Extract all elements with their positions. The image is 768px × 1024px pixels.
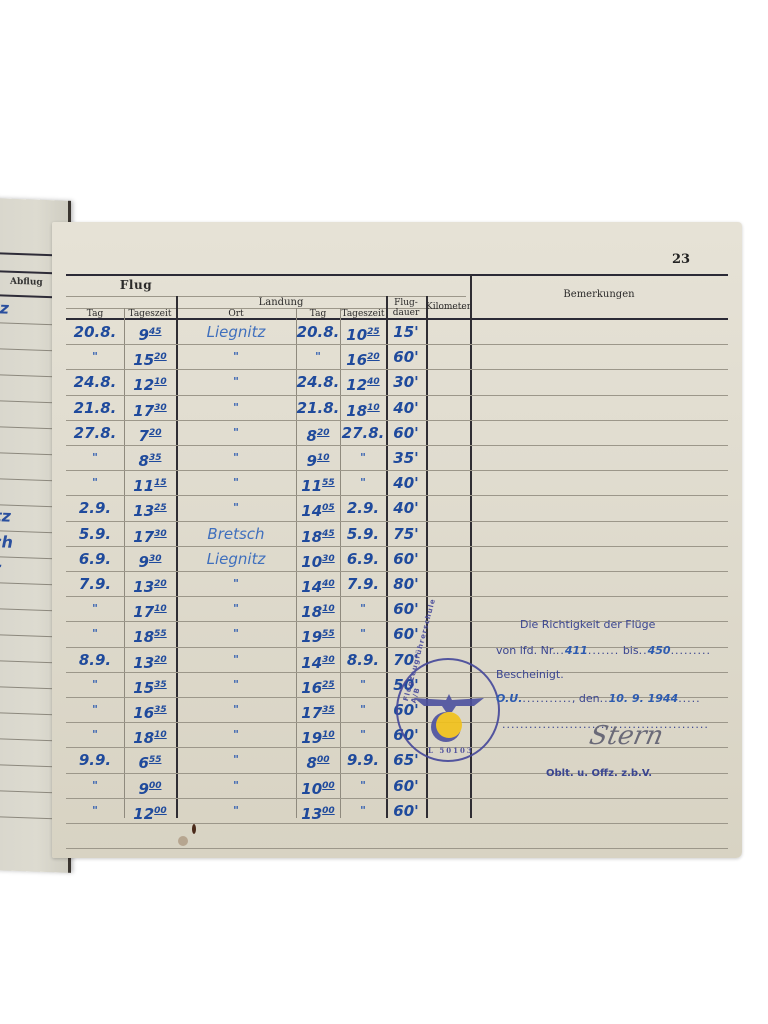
cell-zeit: 835 — [124, 446, 176, 470]
cell-dauer: 60' — [386, 547, 426, 571]
header-tageszeit: Tageszeit — [124, 309, 176, 319]
time-hour: 9 — [139, 780, 149, 798]
cell-ort: " — [176, 446, 296, 470]
bis-value: 450 — [648, 644, 671, 657]
von-value: 411 — [565, 644, 588, 657]
cell-tag: 7.9. — [66, 572, 124, 596]
cell-dauer: 60' — [386, 597, 426, 621]
cell-l-zeit: 1810 — [340, 396, 386, 420]
cell-ort: " — [176, 723, 296, 747]
cell-l-tag: 820 — [296, 421, 340, 445]
cell-tag: 8.9. — [66, 648, 124, 672]
time-minute: 20 — [154, 655, 167, 665]
cell-zeit: 1520 — [124, 345, 176, 369]
row-rule — [66, 848, 728, 849]
cell-tag: " — [66, 799, 124, 823]
cell-l-tag: 800 — [296, 748, 340, 772]
cell-tag: " — [66, 471, 124, 495]
cell-ort: " — [176, 370, 296, 394]
von-label: von lfd. Nr. — [496, 644, 556, 657]
cell-l-tag: " — [296, 345, 340, 369]
time-hour: 8 — [307, 427, 317, 445]
time-hour: 8 — [307, 754, 317, 772]
cell-l-tag: 21.8. — [296, 396, 340, 420]
cell-zeit: 930 — [124, 547, 176, 571]
cell-l-tag: 1030 — [296, 547, 340, 571]
time-hour: 7 — [139, 427, 149, 445]
cell-zeit: 1855 — [124, 622, 176, 646]
cell-tag: " — [66, 698, 124, 722]
cell-l-zeit: " — [340, 597, 386, 621]
cell-l-zeit: " — [340, 774, 386, 798]
time-hour: 9 — [139, 553, 149, 571]
cell-dauer: 15' — [386, 320, 426, 344]
bis-label: bis — [623, 644, 639, 657]
time-hour: 8 — [139, 452, 149, 470]
time-hour: 18 — [346, 402, 367, 420]
time-minute: 40 — [367, 377, 380, 387]
time-minute: 45 — [149, 327, 162, 337]
time-minute: 25 — [322, 680, 335, 690]
cell-l-zeit: " — [340, 471, 386, 495]
cert-bescheinigt: Bescheinigt. — [496, 668, 564, 681]
time-hour: 13 — [301, 805, 322, 823]
time-minute: 10 — [154, 604, 167, 614]
header-flugdauer: Flug- dauer — [386, 298, 426, 318]
time-minute: 10 — [322, 604, 335, 614]
logbook-page: 23 Flug Landung Tag Tageszeit Ort Tag Ta… — [52, 222, 742, 858]
cell-tag: 21.8. — [66, 396, 124, 420]
cell-tag: " — [66, 774, 124, 798]
header-landung: Landung — [176, 298, 386, 308]
time-hour: 17 — [133, 603, 154, 621]
cell-zeit: 1730 — [124, 396, 176, 420]
cell-l-zeit: " — [340, 723, 386, 747]
page-number: 23 — [672, 252, 690, 267]
cell-zeit: 945 — [124, 320, 176, 344]
cell-zeit: 720 — [124, 421, 176, 445]
cell-ort: " — [176, 572, 296, 596]
left-entry: tz — [0, 298, 9, 318]
cell-tag: 5.9. — [66, 522, 124, 546]
time-hour: 6 — [139, 754, 149, 772]
time-hour: 19 — [301, 628, 322, 646]
time-minute: 10 — [367, 403, 380, 413]
time-hour: 18 — [133, 729, 154, 747]
cell-tag: 9.9. — [66, 748, 124, 772]
cell-l-zeit: 1025 — [340, 320, 386, 344]
den-label: , den — [572, 692, 600, 705]
time-minute: 00 — [149, 781, 162, 791]
left-entry: ch — [0, 532, 13, 552]
cell-dauer: 40' — [386, 496, 426, 520]
time-minute: 55 — [322, 629, 335, 639]
time-hour: 15 — [133, 351, 154, 369]
time-hour: 13 — [133, 654, 154, 672]
time-hour: 10 — [301, 780, 322, 798]
header-top-rule — [66, 274, 728, 276]
cell-zeit: 1320 — [124, 648, 176, 672]
cell-tag: " — [66, 597, 124, 621]
time-minute: 35 — [154, 705, 167, 715]
header-bemerkungen: Bemerkungen — [470, 290, 728, 300]
time-hour: 13 — [133, 502, 154, 520]
cell-l-zeit: 5.9. — [340, 522, 386, 546]
cell-tag: " — [66, 723, 124, 747]
time-hour: 15 — [133, 679, 154, 697]
cell-zeit: 1810 — [124, 723, 176, 747]
left-entry: tz — [0, 506, 11, 526]
cell-ort: " — [176, 673, 296, 697]
cell-l-zeit: 1620 — [340, 345, 386, 369]
left-entry: z — [0, 558, 1, 577]
cell-dauer: 75' — [386, 522, 426, 546]
cell-ort: " — [176, 774, 296, 798]
cell-zeit: 1635 — [124, 698, 176, 722]
time-minute: 20 — [317, 428, 330, 438]
header-tag: Tag — [66, 309, 124, 319]
cell-l-tag: 1155 — [296, 471, 340, 495]
cell-l-zeit: 2.9. — [340, 496, 386, 520]
time-minute: 00 — [322, 806, 335, 816]
cell-dauer: 60' — [386, 345, 426, 369]
cell-zeit: 1730 — [124, 522, 176, 546]
time-hour: 18 — [301, 528, 322, 546]
time-minute: 20 — [367, 352, 380, 362]
time-hour: 18 — [133, 628, 154, 646]
time-minute: 25 — [367, 327, 380, 337]
cell-l-zeit: 7.9. — [340, 572, 386, 596]
cell-ort: " — [176, 471, 296, 495]
cell-l-zeit: 8.9. — [340, 648, 386, 672]
cell-dauer: 60' — [386, 799, 426, 823]
time-hour: 17 — [133, 528, 154, 546]
cell-ort: " — [176, 421, 296, 445]
header-flug: Flug — [66, 280, 206, 290]
time-minute: 30 — [154, 529, 167, 539]
place-value: O.U. — [496, 692, 522, 705]
time-hour: 14 — [301, 578, 322, 596]
cell-l-tag: 24.8. — [296, 370, 340, 394]
cell-l-zeit: 9.9. — [340, 748, 386, 772]
time-minute: 40 — [322, 579, 335, 589]
cert-heading: Die Richtigkeit der Flüge — [520, 618, 655, 631]
cell-zeit: 1325 — [124, 496, 176, 520]
time-hour: 10 — [346, 326, 367, 344]
cell-ort: Liegnitz — [176, 547, 296, 571]
signature: Stern — [587, 721, 666, 751]
cell-l-tag: 1300 — [296, 799, 340, 823]
left-header-abflug: Abflug — [10, 277, 43, 288]
time-minute: 55 — [154, 629, 167, 639]
cell-dauer: 40' — [386, 471, 426, 495]
cell-l-zeit: 6.9. — [340, 547, 386, 571]
cell-tag: 24.8. — [66, 370, 124, 394]
cell-tag: " — [66, 446, 124, 470]
cell-l-tag: 20.8. — [296, 320, 340, 344]
time-hour: 13 — [133, 578, 154, 596]
time-minute: 20 — [154, 352, 167, 362]
cell-ort: " — [176, 698, 296, 722]
cell-tag: " — [66, 673, 124, 697]
time-minute: 00 — [154, 806, 167, 816]
cell-l-zeit: " — [340, 622, 386, 646]
time-minute: 20 — [149, 428, 162, 438]
time-hour: 16 — [133, 704, 154, 722]
cert-place-date: O.U............, den..10. 9. 1944..... — [496, 692, 701, 705]
cell-tag: " — [66, 345, 124, 369]
time-hour: 17 — [301, 704, 322, 722]
time-minute: 30 — [149, 554, 162, 564]
cell-l-tag: 1430 — [296, 648, 340, 672]
cell-zeit: 1535 — [124, 673, 176, 697]
stain — [178, 836, 188, 846]
cell-zeit: 1200 — [124, 799, 176, 823]
cell-l-zeit: " — [340, 446, 386, 470]
time-hour: 16 — [301, 679, 322, 697]
time-minute: 55 — [149, 755, 162, 765]
header-landung-tag: Tag — [296, 309, 340, 319]
time-hour: 14 — [301, 654, 322, 672]
cell-l-tag: 1810 — [296, 597, 340, 621]
time-hour: 12 — [133, 376, 154, 394]
eagle-icon — [412, 692, 486, 714]
time-hour: 14 — [301, 502, 322, 520]
cell-zeit: 655 — [124, 748, 176, 772]
time-minute: 10 — [154, 377, 167, 387]
ink-blot — [192, 824, 196, 834]
cell-tag: 20.8. — [66, 320, 124, 344]
cell-l-tag: 1910 — [296, 723, 340, 747]
cell-dauer: 35' — [386, 446, 426, 470]
time-hour: 18 — [301, 603, 322, 621]
cell-zeit: 1115 — [124, 471, 176, 495]
cell-ort: Bretsch — [176, 522, 296, 546]
signer-rank: Oblt. u. Offz. z.b.V. — [546, 768, 652, 779]
cell-ort: " — [176, 496, 296, 520]
cell-tag: 6.9. — [66, 547, 124, 571]
stamp-center-emblem — [436, 712, 462, 738]
cell-dauer: 60' — [386, 774, 426, 798]
certification-block: Die Richtigkeit der Flüge von lfd. Nr...… — [494, 618, 734, 818]
cell-dauer: 40' — [386, 396, 426, 420]
cell-ort: " — [176, 396, 296, 420]
cell-zeit: 1710 — [124, 597, 176, 621]
cell-l-tag: 1845 — [296, 522, 340, 546]
time-minute: 00 — [322, 781, 335, 791]
time-hour: 9 — [307, 452, 317, 470]
cell-zeit: 1210 — [124, 370, 176, 394]
cell-zeit: 1320 — [124, 572, 176, 596]
cell-dauer: 60' — [386, 421, 426, 445]
cell-ort: " — [176, 597, 296, 621]
cell-ort: " — [176, 345, 296, 369]
row-rule — [66, 823, 728, 824]
time-hour: 12 — [133, 805, 154, 823]
time-hour: 9 — [139, 326, 149, 344]
time-minute: 35 — [154, 680, 167, 690]
cell-ort: " — [176, 748, 296, 772]
cell-l-zeit: " — [340, 698, 386, 722]
header-ort: Ort — [176, 309, 296, 319]
cell-l-zeit: " — [340, 673, 386, 697]
time-minute: 20 — [154, 579, 167, 589]
date-value: 10. 9. 1944 — [609, 692, 679, 705]
cell-ort: " — [176, 648, 296, 672]
cell-l-tag: 1955 — [296, 622, 340, 646]
time-hour: 16 — [346, 351, 367, 369]
time-minute: 30 — [154, 403, 167, 413]
time-minute: 35 — [149, 453, 162, 463]
time-minute: 00 — [317, 755, 330, 765]
time-hour: 12 — [346, 376, 367, 394]
cell-dauer: 80' — [386, 572, 426, 596]
time-hour: 17 — [133, 402, 154, 420]
time-minute: 15 — [154, 478, 167, 488]
cell-l-tag: 1625 — [296, 673, 340, 697]
time-hour: 11 — [133, 477, 154, 495]
cert-range: von lfd. Nr...411....... bis..450.......… — [496, 644, 711, 657]
time-minute: 45 — [322, 529, 335, 539]
time-minute: 30 — [322, 655, 335, 665]
header-kilometer: Kilometer — [426, 302, 470, 312]
cell-dauer: 30' — [386, 370, 426, 394]
cell-l-tag: 1000 — [296, 774, 340, 798]
cell-tag: 27.8. — [66, 421, 124, 445]
time-minute: 10 — [322, 730, 335, 740]
stamp-code: L 50103 — [428, 746, 474, 755]
cell-l-tag: 1405 — [296, 496, 340, 520]
time-minute: 55 — [322, 478, 335, 488]
header-landung-tageszeit: Tageszeit — [340, 309, 386, 319]
time-minute: 35 — [322, 705, 335, 715]
time-hour: 19 — [301, 729, 322, 747]
time-hour: 10 — [301, 553, 322, 571]
cell-l-zeit: 27.8. — [340, 421, 386, 445]
time-minute: 25 — [154, 503, 167, 513]
time-minute: 10 — [154, 730, 167, 740]
time-minute: 30 — [322, 554, 335, 564]
time-minute: 05 — [322, 503, 335, 513]
cell-l-tag: 1440 — [296, 572, 340, 596]
official-stamp: Flugzeugführerschule A/B L 50103 — [396, 658, 500, 762]
cell-ort: " — [176, 622, 296, 646]
cell-l-zeit: 1240 — [340, 370, 386, 394]
time-hour: 11 — [301, 477, 322, 495]
time-minute: 10 — [317, 453, 330, 463]
cell-l-zeit: " — [340, 799, 386, 823]
cell-ort: " — [176, 799, 296, 823]
cell-tag: " — [66, 622, 124, 646]
cell-zeit: 900 — [124, 774, 176, 798]
cell-l-tag: 910 — [296, 446, 340, 470]
cell-tag: 2.9. — [66, 496, 124, 520]
cell-ort: Liegnitz — [176, 320, 296, 344]
cell-l-tag: 1735 — [296, 698, 340, 722]
